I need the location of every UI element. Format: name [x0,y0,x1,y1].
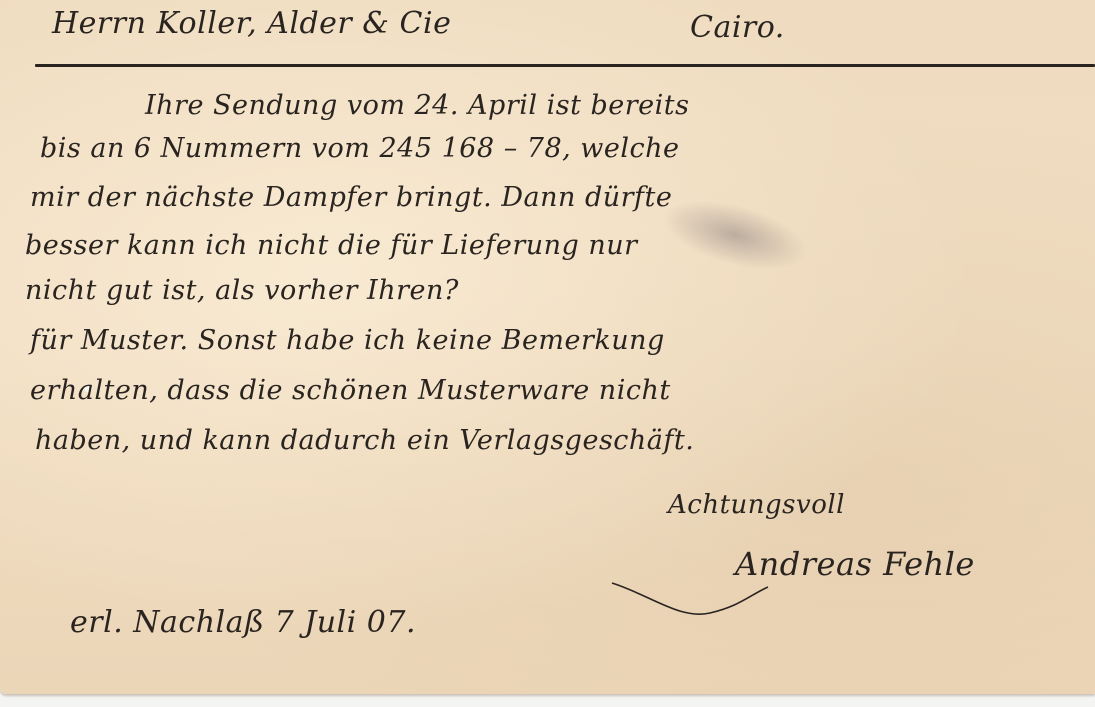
body-line-2: bis an 6 Nummern vom 245 168 – 78, welch… [40,133,680,164]
body-line-5: nicht gut ist, als vorher Ihren? [25,275,459,306]
body-line-1: Ihre Sendung vom 24. April ist bereits [145,90,690,121]
postcard: Herrn Koller, Alder & Cie Cairo. Ihre Se… [0,0,1095,694]
body-line-6: für Muster. Sonst habe ich keine Bemerku… [30,325,665,356]
closing: Achtungsvoll [668,490,845,520]
body-line-7: erhalten, dass die schönen Musterware ni… [30,375,671,406]
signature: Andreas Fehle [735,545,975,583]
addressee: Herrn Koller, Alder & Cie [52,6,451,41]
ink-smudge [655,187,815,284]
body-line-3: mir der nächste Dampfer bringt. Dann dür… [30,182,672,213]
body-line-8: haben, und kann dadurch ein Verlagsgesch… [35,425,694,456]
body-line-4: besser kann ich nicht die für Lieferung … [25,230,638,261]
signature-flourish [610,575,770,625]
header-rule [35,64,1095,67]
receipt-annotation: erl. Nachlaß 7 Juli 07. [70,605,416,640]
city: Cairo. [690,10,785,45]
